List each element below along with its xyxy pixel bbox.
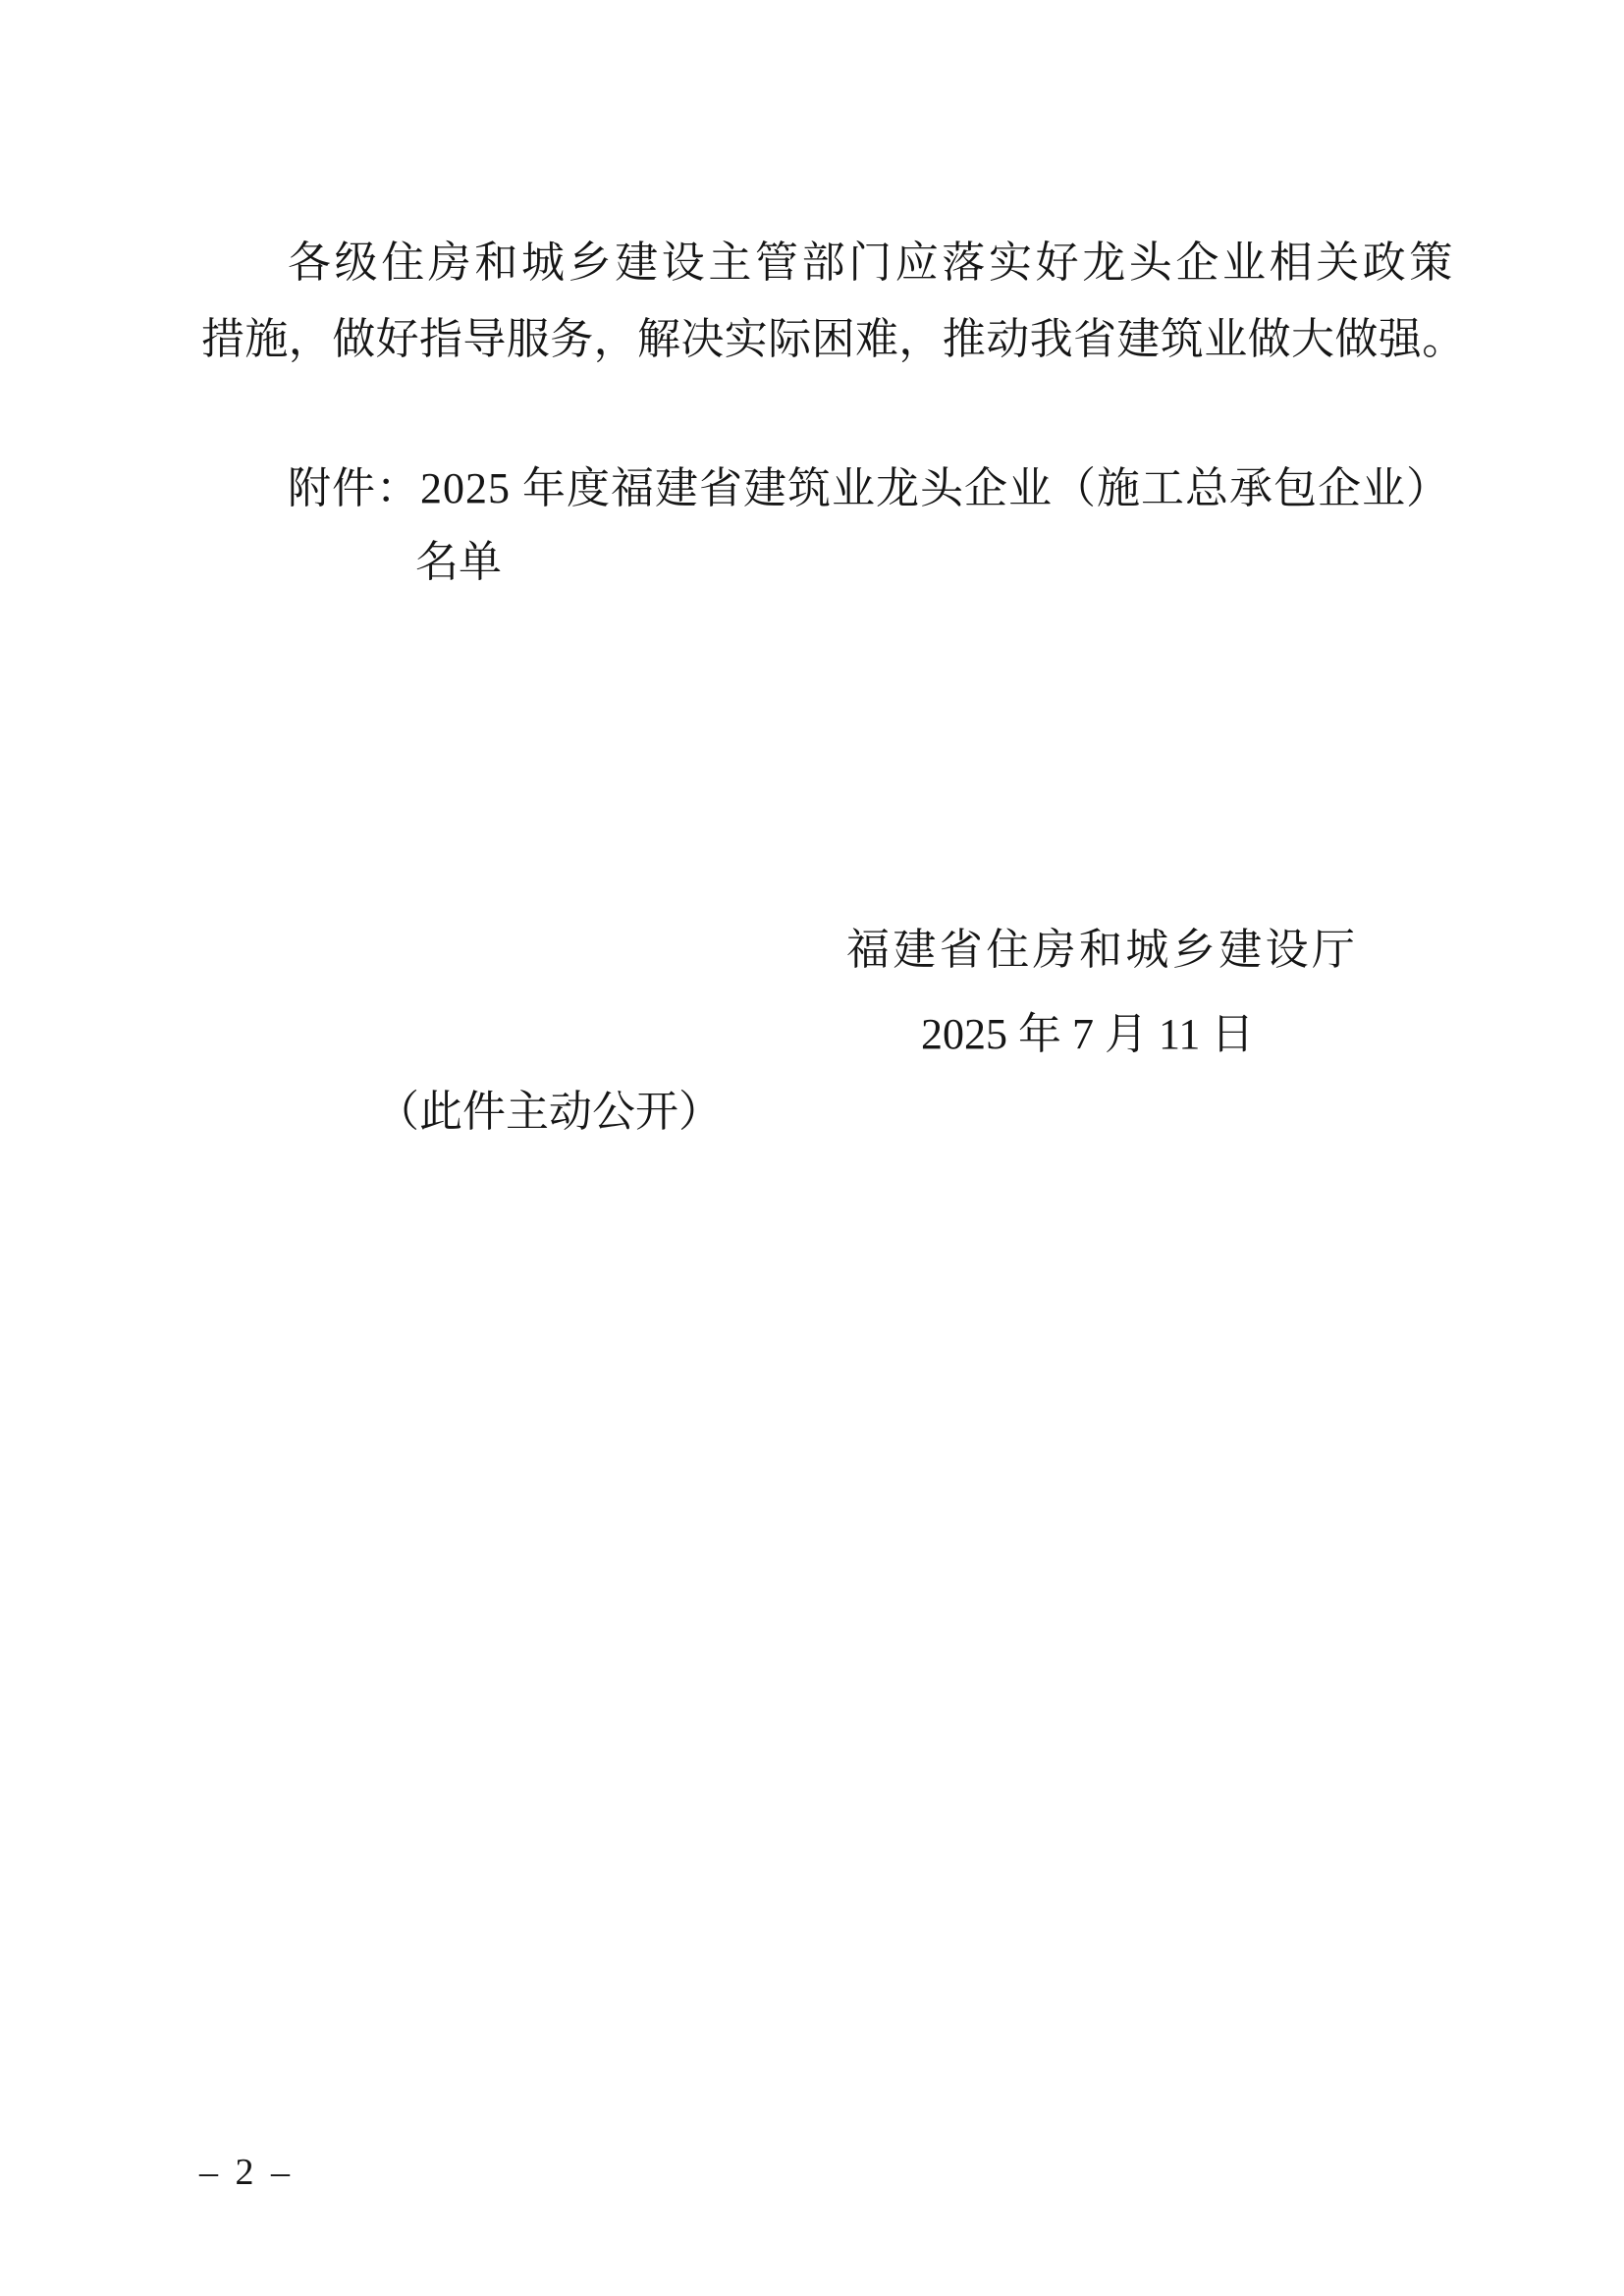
attachment-reference-line-2: 名单 [415,541,502,584]
disclosure-note: （此件主动公开） [376,1091,722,1134]
attachment-reference-line-1: 附件：2025 年度福建省建筑业龙头企业（施工总承包企业） [288,467,1450,510]
document-page: 各级住房和城乡建设主管部门应落实好龙头企业相关政策 措施，做好指导服务，解决实际… [0,0,1624,2296]
body-paragraph-line-1: 各级住房和城乡建设主管部门应落实好龙头企业相关政策 [288,241,1456,285]
signature-date: 2025 年 7 月 11 日 [921,1013,1254,1056]
body-paragraph-line-2: 措施，做好指导服务，解决实际困难，推动我省建筑业做大做强。 [201,318,1466,361]
page-number: – 2 – [199,2154,291,2191]
signature-issuer: 福建省住房和城乡建设厅 [846,929,1358,972]
